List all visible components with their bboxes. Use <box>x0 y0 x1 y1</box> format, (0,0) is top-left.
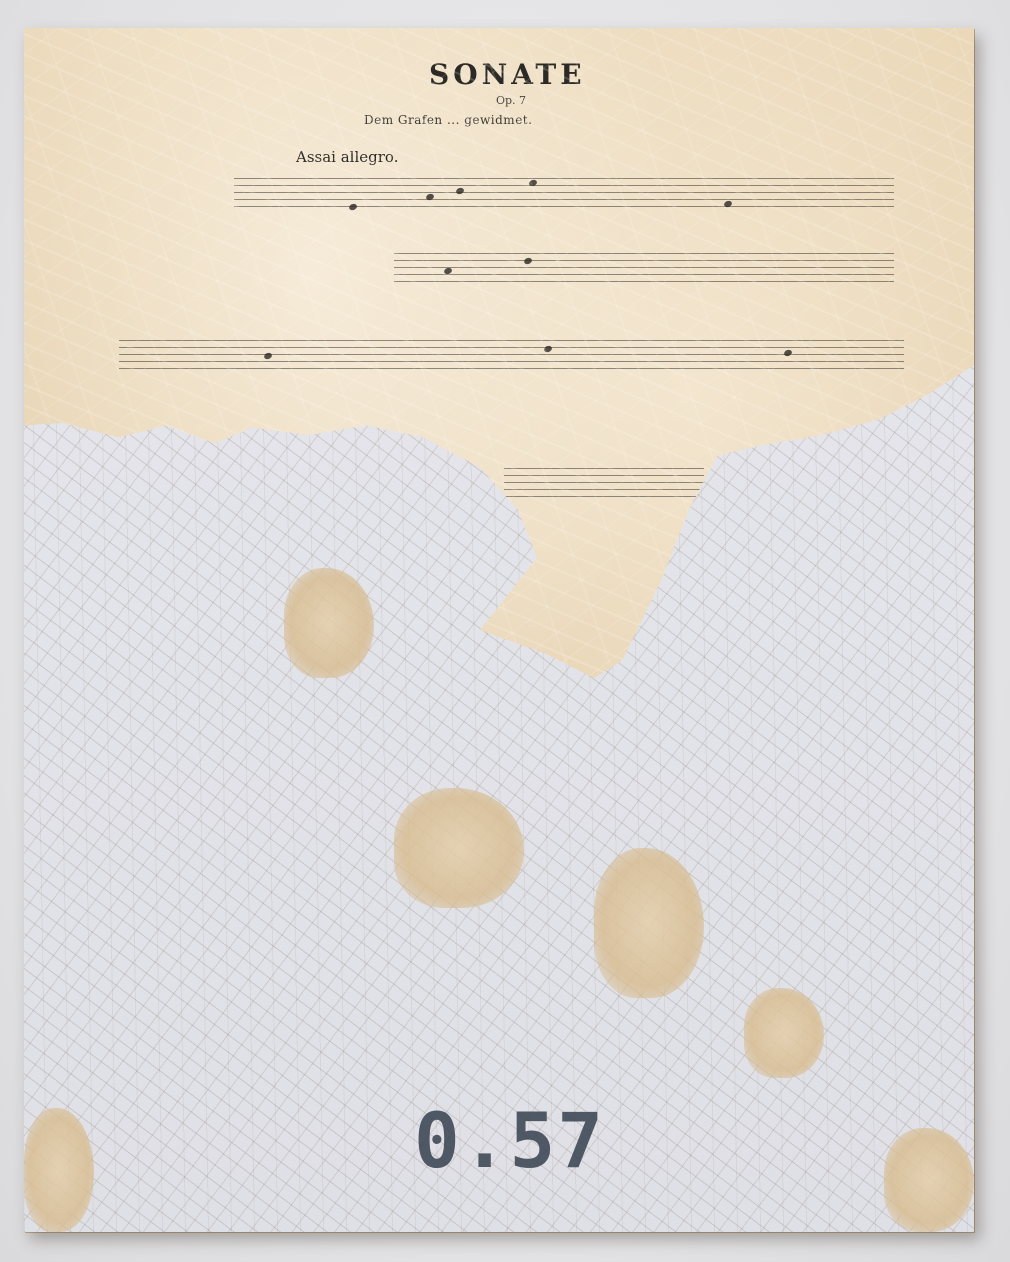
exposed-paper-patch <box>284 568 374 678</box>
stenciled-number: 0.57 <box>414 1096 605 1185</box>
exposed-paper-patch <box>394 788 524 908</box>
artwork-panel: SONATE Op. 7 Dem Grafen ... gewidmet. As… <box>24 28 974 1232</box>
exposed-paper-patch <box>744 988 824 1078</box>
exposed-paper-patch <box>884 1128 974 1232</box>
exposed-paper-patch <box>24 1108 94 1232</box>
